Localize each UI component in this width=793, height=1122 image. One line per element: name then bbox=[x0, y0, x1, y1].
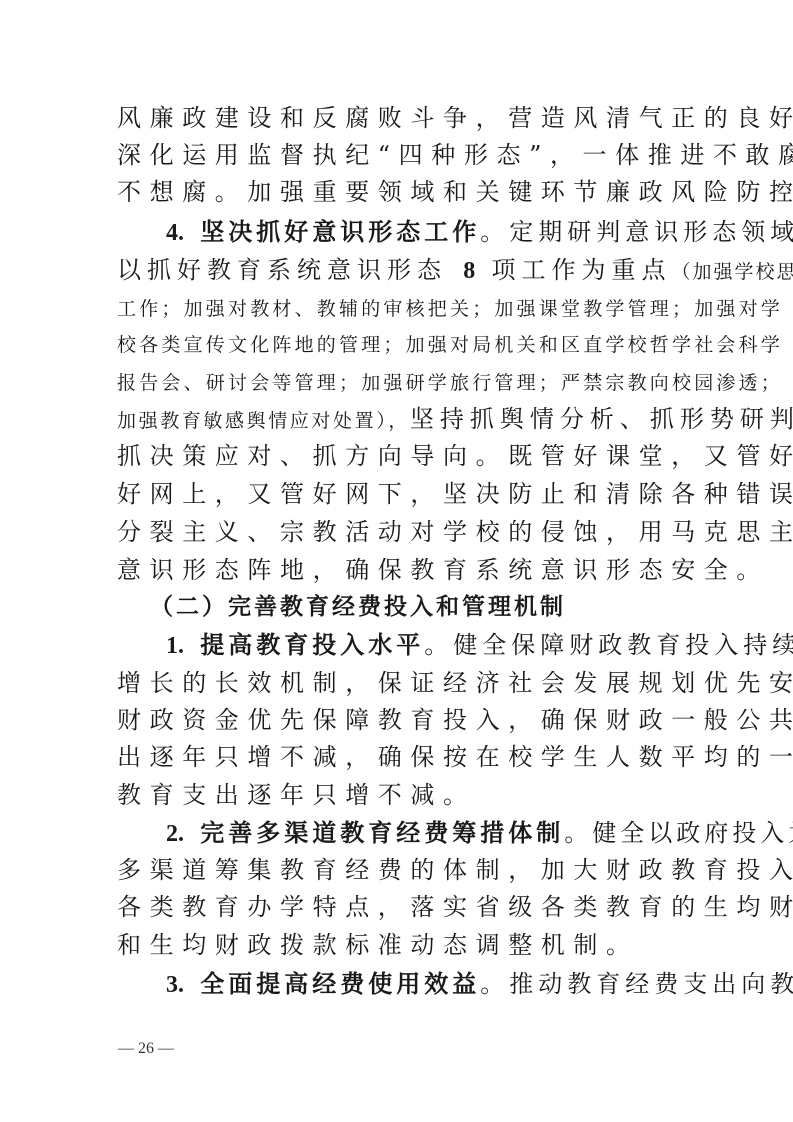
section-heading: （二）完善教育经费投入和管理机制 bbox=[150, 592, 720, 622]
item2-text: 。健全以政府投入为主、 bbox=[564, 819, 793, 847]
item4-text: 以抓好教育系统意识形态 bbox=[117, 256, 447, 284]
item4-parenthetical-line: 报告会、研讨会等管理；加强研学旅行管理；严禁宗教向校园渗透； bbox=[117, 368, 687, 398]
item4-parenthetical: （加强学校思想政治 bbox=[671, 261, 793, 283]
item3-title: 全面提高经费使用效益 bbox=[200, 969, 480, 998]
item4-line: 加强教育敏感舆情应对处置），坚持抓舆情分析、抓形势研判、 bbox=[117, 404, 687, 436]
item1-line: 出逐年只增不减，确保按在校学生人数平均的一般公共预算 bbox=[117, 742, 687, 772]
item2-line: 各类教育办学特点，落实省级各类教育的生均财政拨款制度 bbox=[117, 892, 687, 922]
item4-count: 8 bbox=[463, 258, 475, 284]
item4-title: 坚决抓好意识形态工作 bbox=[200, 217, 480, 246]
item1-title: 提高教育投入水平 bbox=[200, 630, 424, 659]
item1-line: 财政资金优先保障教育投入，确保财政一般公共预算教育支 bbox=[117, 705, 687, 735]
item4-line: 好网上，又管好网下，坚决防止和清除各种错误政治思潮、 bbox=[117, 479, 687, 509]
item1-number: 1. bbox=[166, 633, 184, 659]
item4-text: 项工作为重点 bbox=[491, 256, 671, 284]
item2-first-line: 2. 完善多渠道教育经费筹措体制。健全以政府投入为主、 bbox=[166, 818, 736, 849]
item4-line: 以抓好教育系统意识形态 8 项工作为重点（加强学校思想政治 bbox=[117, 255, 687, 287]
item4-line: 意识形态阵地，确保教育系统意识形态安全。 bbox=[117, 555, 687, 585]
item2-number: 2. bbox=[166, 821, 184, 847]
item4-line: 抓决策应对、抓方向导向。既管好课堂，又管好课外，既管 bbox=[117, 441, 687, 471]
paragraph-line: 深化运用监督执纪“四种形态”，一体推进不敢腐、不能腐、 bbox=[117, 140, 687, 170]
item4-first-line: 4. 坚决抓好意识形态工作。定期研判意识形态领域风险， bbox=[166, 217, 736, 248]
item2-title: 完善多渠道教育经费筹措体制 bbox=[200, 818, 564, 847]
item3-first-line: 3. 全面提高经费使用效益。推动教育经费支出向教育改 bbox=[166, 969, 736, 1000]
document-page: 风廉政建设和反腐败斗争，营造风清气正的良好政治生态。 深化运用监督执纪“四种形态… bbox=[0, 0, 793, 1122]
item4-parenthetical: 加强教育敏感舆情应对处置）， bbox=[117, 410, 410, 432]
item2-line: 和生均财政拨款标准动态调整机制。 bbox=[117, 930, 687, 960]
item2-line: 多渠道筹集教育经费的体制，加大财政教育投入。按照各级 bbox=[117, 855, 687, 885]
paragraph-line: 不想腐。加强重要领域和关键环节廉政风险防控机制建设。 bbox=[117, 177, 687, 207]
item4-number: 4. bbox=[166, 220, 184, 246]
item3-number: 3. bbox=[166, 972, 184, 998]
item1-text: 。健全保障财政教育投入持续稳定 bbox=[424, 631, 793, 659]
page-number: — 26 — bbox=[118, 1040, 174, 1058]
item4-parenthetical-line: 工作；加强对教材、教辅的审核把关；加强课堂教学管理；加强对学 bbox=[117, 294, 687, 324]
item3-text: 。推动教育经费支出向教育改 bbox=[480, 970, 793, 998]
paragraph-line: 风廉政建设和反腐败斗争，营造风清气正的良好政治生态。 bbox=[117, 103, 687, 133]
item4-text: 坚持抓舆情分析、抓形势研判、 bbox=[410, 405, 793, 433]
item1-line: 增长的长效机制，保证经济社会发展规划优先安排教育发展， bbox=[117, 668, 687, 698]
item1-line: 教育支出逐年只增不减。 bbox=[117, 780, 687, 810]
item4-line: 分裂主义、宗教活动对学校的侵蚀，用马克思主义占领学校 bbox=[117, 517, 687, 547]
item4-text: 。定期研判意识形态领域风险， bbox=[480, 218, 793, 246]
item4-parenthetical-line: 校各类宣传文化阵地的管理；加强对局机关和区直学校哲学社会科学 bbox=[117, 330, 687, 360]
item1-first-line: 1. 提高教育投入水平。健全保障财政教育投入持续稳定 bbox=[166, 630, 736, 661]
